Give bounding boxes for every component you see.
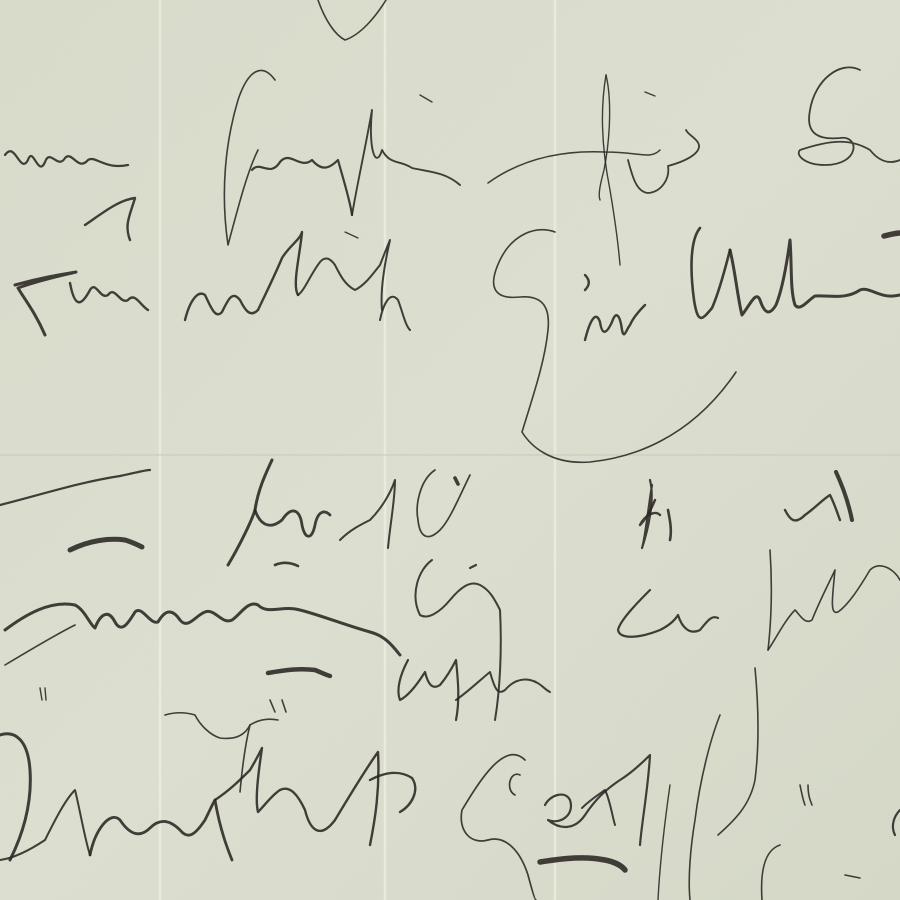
paper-grain [0, 0, 900, 900]
ink-stroke [884, 233, 900, 236]
paper-background [0, 0, 900, 900]
manuscript-page: …ulla Gesfühle für Di… …ren möglichste E… [0, 0, 900, 900]
